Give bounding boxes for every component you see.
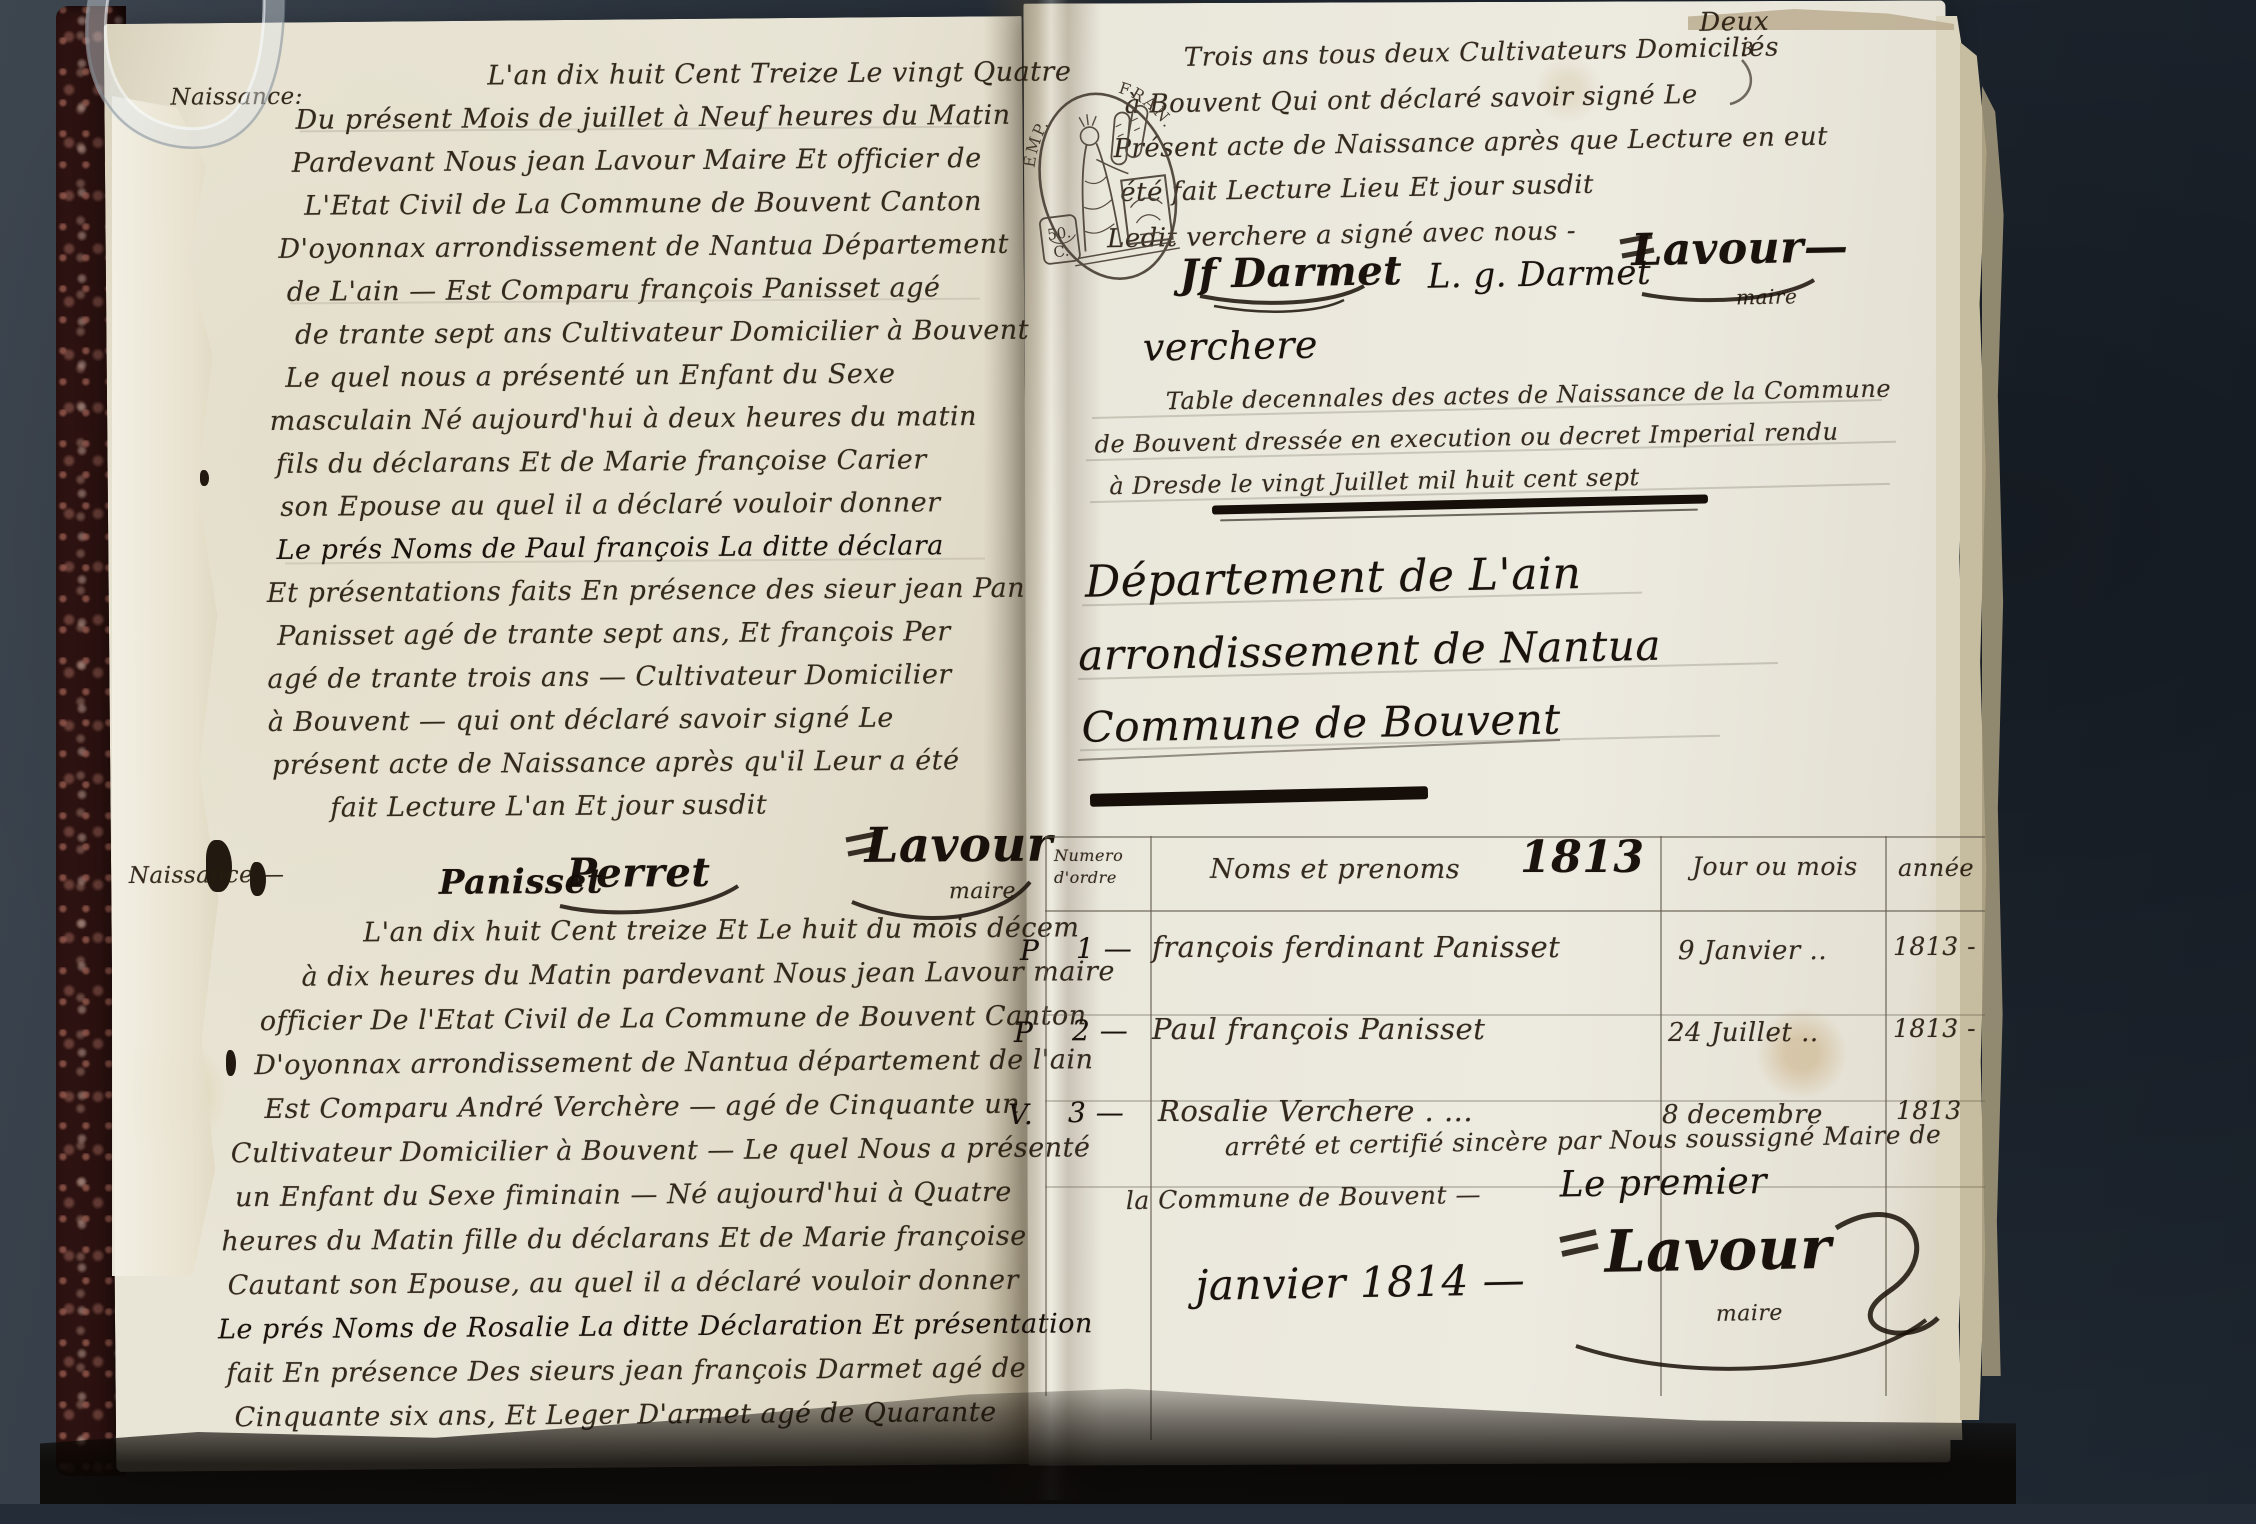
photo-scene: Naissance: L'an dix huit Cent Treize Le … [0, 0, 2256, 1504]
glass-band [30, 0, 430, 280]
